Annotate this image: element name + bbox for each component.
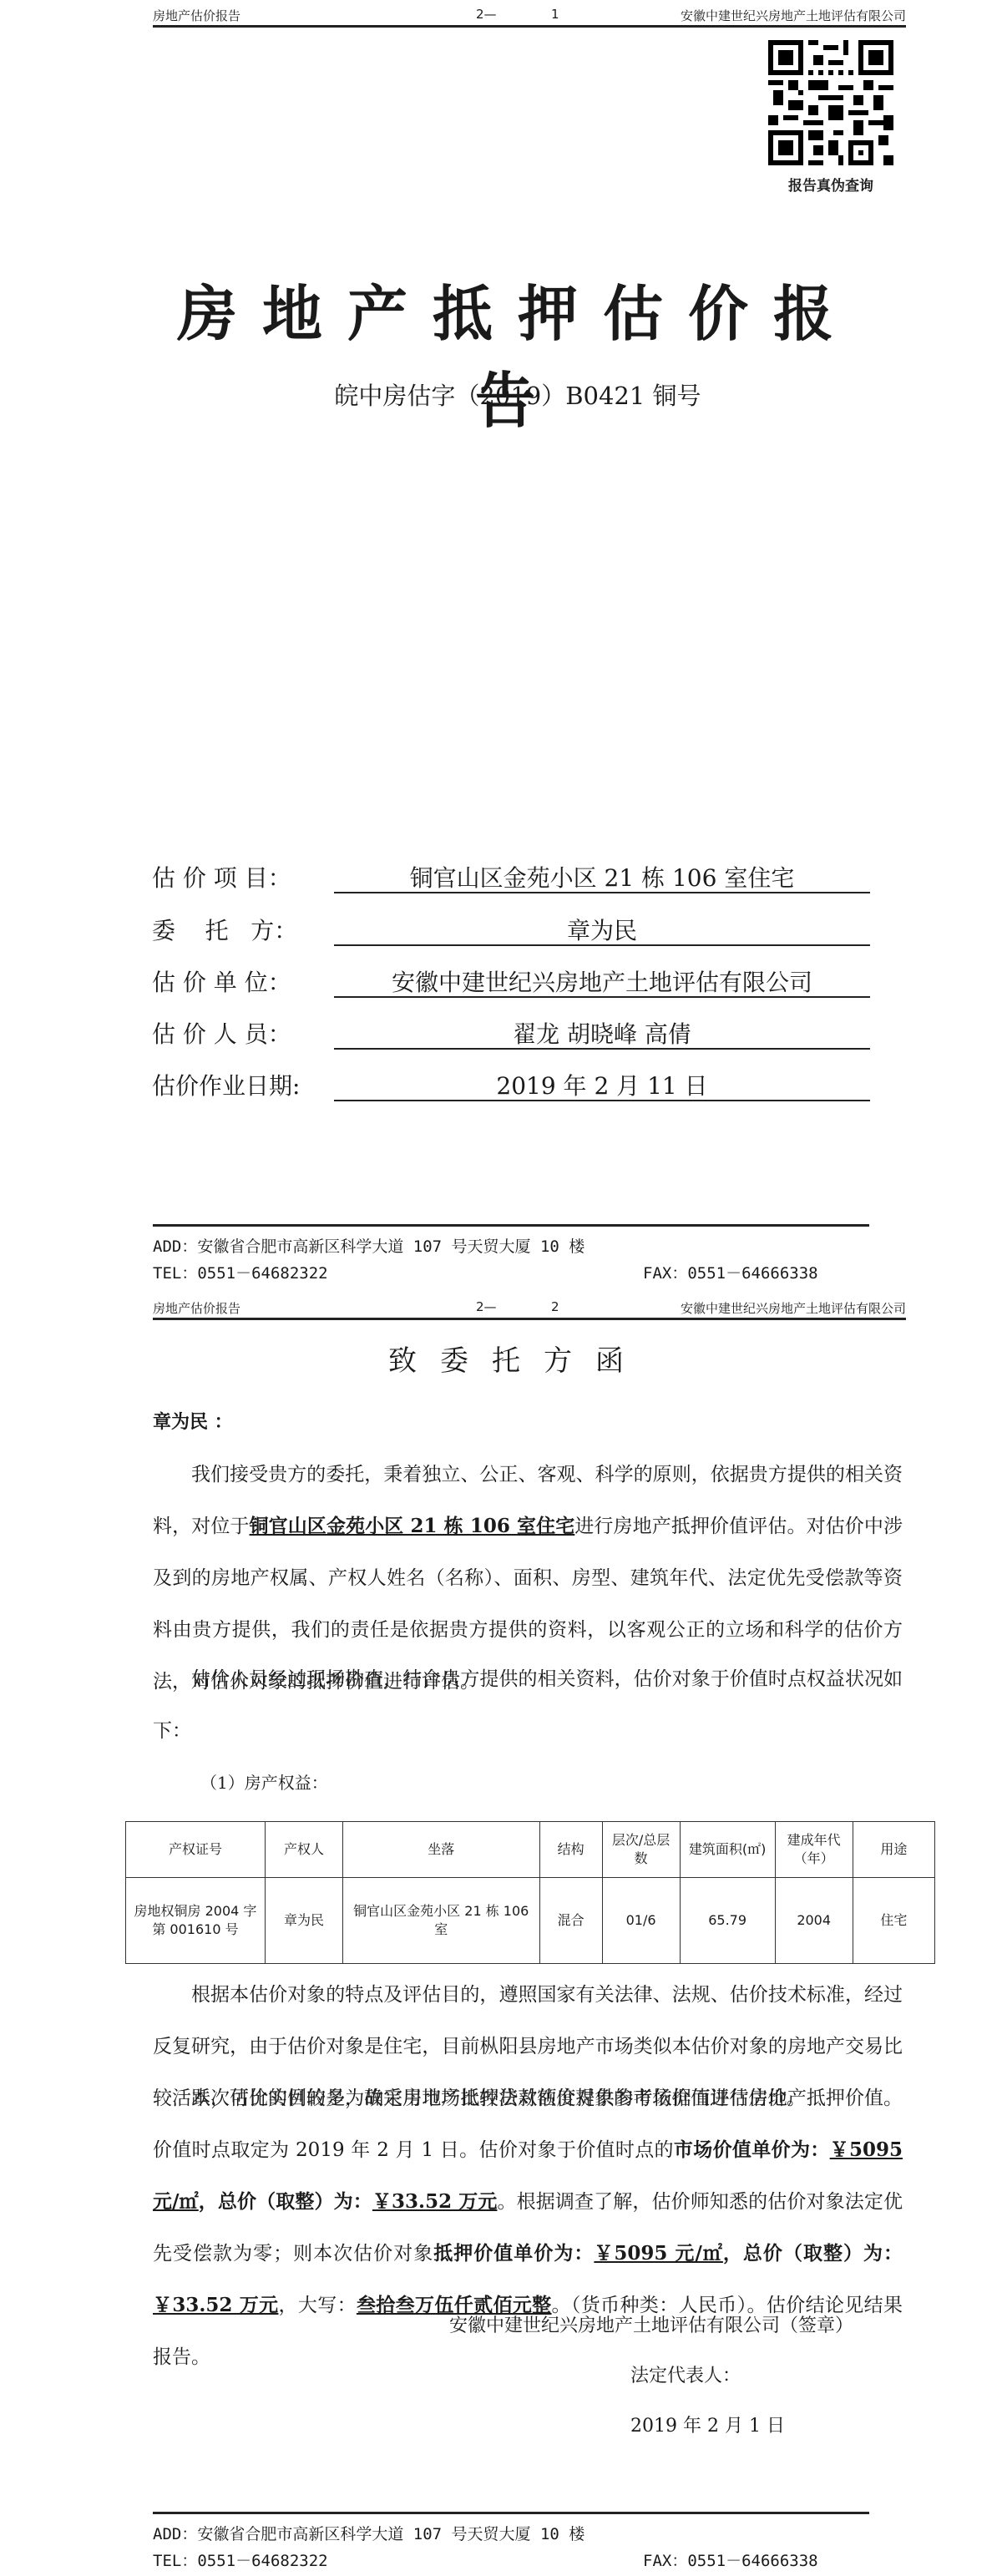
cell-area: 65.79	[680, 1878, 775, 1964]
footer-address: ADD：安徽省合肥市高新区科学大道 107 号天贸大厦 10 楼	[153, 2522, 904, 2544]
header-company: 安徽中建世纪兴房地产土地评估有限公司	[681, 1299, 906, 1317]
field-value: 翟龙 胡晓峰 高倩	[334, 1016, 870, 1050]
letter-title: 致委托方函	[150, 1338, 885, 1379]
field-label: 估 价 人 员：	[152, 1016, 291, 1050]
footer-fax: FAX：0551－64666338	[643, 2548, 893, 2571]
signature-company: 安徽中建世纪兴房地产土地评估有限公司（签章）	[449, 2311, 853, 2337]
header-page-number: 2	[551, 1299, 559, 1314]
paragraph-survey: 估价人员经过现场勘查，结合贵方提供的相关资料，估价对象于价值时点权益状况如下：	[153, 1653, 903, 1757]
mortgage-total-price: ￥33.52 万元	[153, 2294, 278, 2316]
property-rights-table: 产权证号 产权人 坐落 结构 层次/总层数 建筑面积(㎡) 建成年代（年） 用途…	[125, 1821, 935, 1964]
header-page-prefix: 2—	[476, 1299, 497, 1314]
field-label: 估价作业日期:	[152, 1068, 300, 1101]
field-client: 委 托 方： 章为民	[152, 913, 870, 949]
field-appraisal-company: 估 价 单 位： 安徽中建世纪兴房地产土地评估有限公司	[152, 964, 870, 1001]
report-number: 皖中房估字（2019）B0421 铜号	[150, 377, 885, 412]
page-header: 房地产估价报告 2— 2 安徽中建世纪兴房地产土地评估有限公司	[153, 1293, 906, 1320]
cell-year-built: 2004	[775, 1878, 853, 1964]
header-title: 房地产估价报告	[153, 7, 240, 24]
property-address: 铜官山区金苑小区 21 栋 106 室住宅	[250, 1515, 575, 1537]
footer-address: ADD：安徽省合肥市高新区科学大道 107 号天贸大厦 10 楼	[153, 1234, 904, 1257]
footer-fax: FAX：0551－64666338	[643, 1261, 893, 1283]
mortgage-total-label: ，总价（取整）为：	[723, 2242, 903, 2265]
column-header: 产权证号	[126, 1822, 266, 1878]
cell-structure: 混合	[539, 1878, 602, 1964]
field-value: 章为民	[334, 913, 870, 946]
field-appraisers: 估 价 人 员： 翟龙 胡晓峰 高倩	[152, 1016, 870, 1053]
market-total-label: ，总价（取整）为：	[199, 2190, 372, 2213]
header-company: 安徽中建世纪兴房地产土地评估有限公司	[681, 7, 906, 24]
cell-location: 铜官山区金苑小区 21 栋 106 室	[342, 1878, 539, 1964]
field-value: 安徽中建世纪兴房地产土地评估有限公司	[334, 964, 870, 998]
section-property-rights: （1）房产权益：	[200, 1770, 950, 1795]
field-label: 估 价 项 目：	[152, 860, 291, 893]
column-header: 结构	[539, 1822, 602, 1878]
field-label: 委 托 方：	[152, 913, 297, 946]
market-total-price: ￥33.52 万元	[372, 2190, 498, 2213]
signature-date: 2019 年 2 月 1 日	[630, 2412, 785, 2437]
text: ，大写：	[278, 2295, 356, 2316]
cell-floor: 01/6	[602, 1878, 680, 1964]
report-title: 房地产抵押估价报告	[150, 266, 885, 439]
field-appraisal-item: 估 价 项 目： 铜官山区金苑小区 21 栋 106 室住宅	[152, 860, 870, 897]
footer-divider	[153, 1224, 869, 1227]
column-header: 建筑面积(㎡)	[680, 1822, 775, 1878]
field-work-date: 估价作业日期: 2019 年 2 月 11 日	[152, 1068, 870, 1105]
column-header: 用途	[853, 1822, 934, 1878]
mortgage-value-label: 抵押价值单价为：	[433, 2242, 594, 2265]
column-header: 建成年代（年）	[775, 1822, 853, 1878]
header-page-number: 1	[551, 7, 559, 22]
cell-usage: 住宅	[853, 1878, 934, 1964]
qr-caption: 报告真伪查询	[768, 174, 893, 195]
column-header: 产权人	[265, 1822, 342, 1878]
header-page-prefix: 2—	[476, 7, 497, 22]
cell-owner: 章为民	[265, 1878, 342, 1964]
column-header: 层次/总层数	[602, 1822, 680, 1878]
column-header: 坐落	[342, 1822, 539, 1878]
table-row: 房地权铜房 2004 字第 001610 号 章为民 铜官山区金苑小区 21 栋…	[126, 1878, 935, 1964]
market-value-label: 市场价值单价为：	[674, 2138, 830, 2161]
salutation: 章为民 ：	[153, 1409, 903, 1435]
header-title: 房地产估价报告	[153, 1299, 240, 1317]
field-value: 铜官山区金苑小区 21 栋 106 室住宅	[334, 860, 870, 893]
footer-divider	[153, 2512, 869, 2514]
page-header: 房地产估价报告 2— 1 安徽中建世纪兴房地产土地评估有限公司	[153, 0, 906, 28]
cell-certificate-no: 房地权铜房 2004 字第 001610 号	[126, 1878, 266, 1964]
mortgage-unit-price: ￥5095 元/㎡	[594, 2242, 723, 2265]
field-label: 估 价 单 位：	[152, 964, 291, 998]
field-value: 2019 年 2 月 11 日	[334, 1068, 870, 1101]
signature-representative: 法定代表人：	[630, 2361, 741, 2387]
table-header-row: 产权证号 产权人 坐落 结构 层次/总层数 建筑面积(㎡) 建成年代（年） 用途	[126, 1822, 935, 1878]
qr-code-icon[interactable]	[768, 40, 893, 165]
